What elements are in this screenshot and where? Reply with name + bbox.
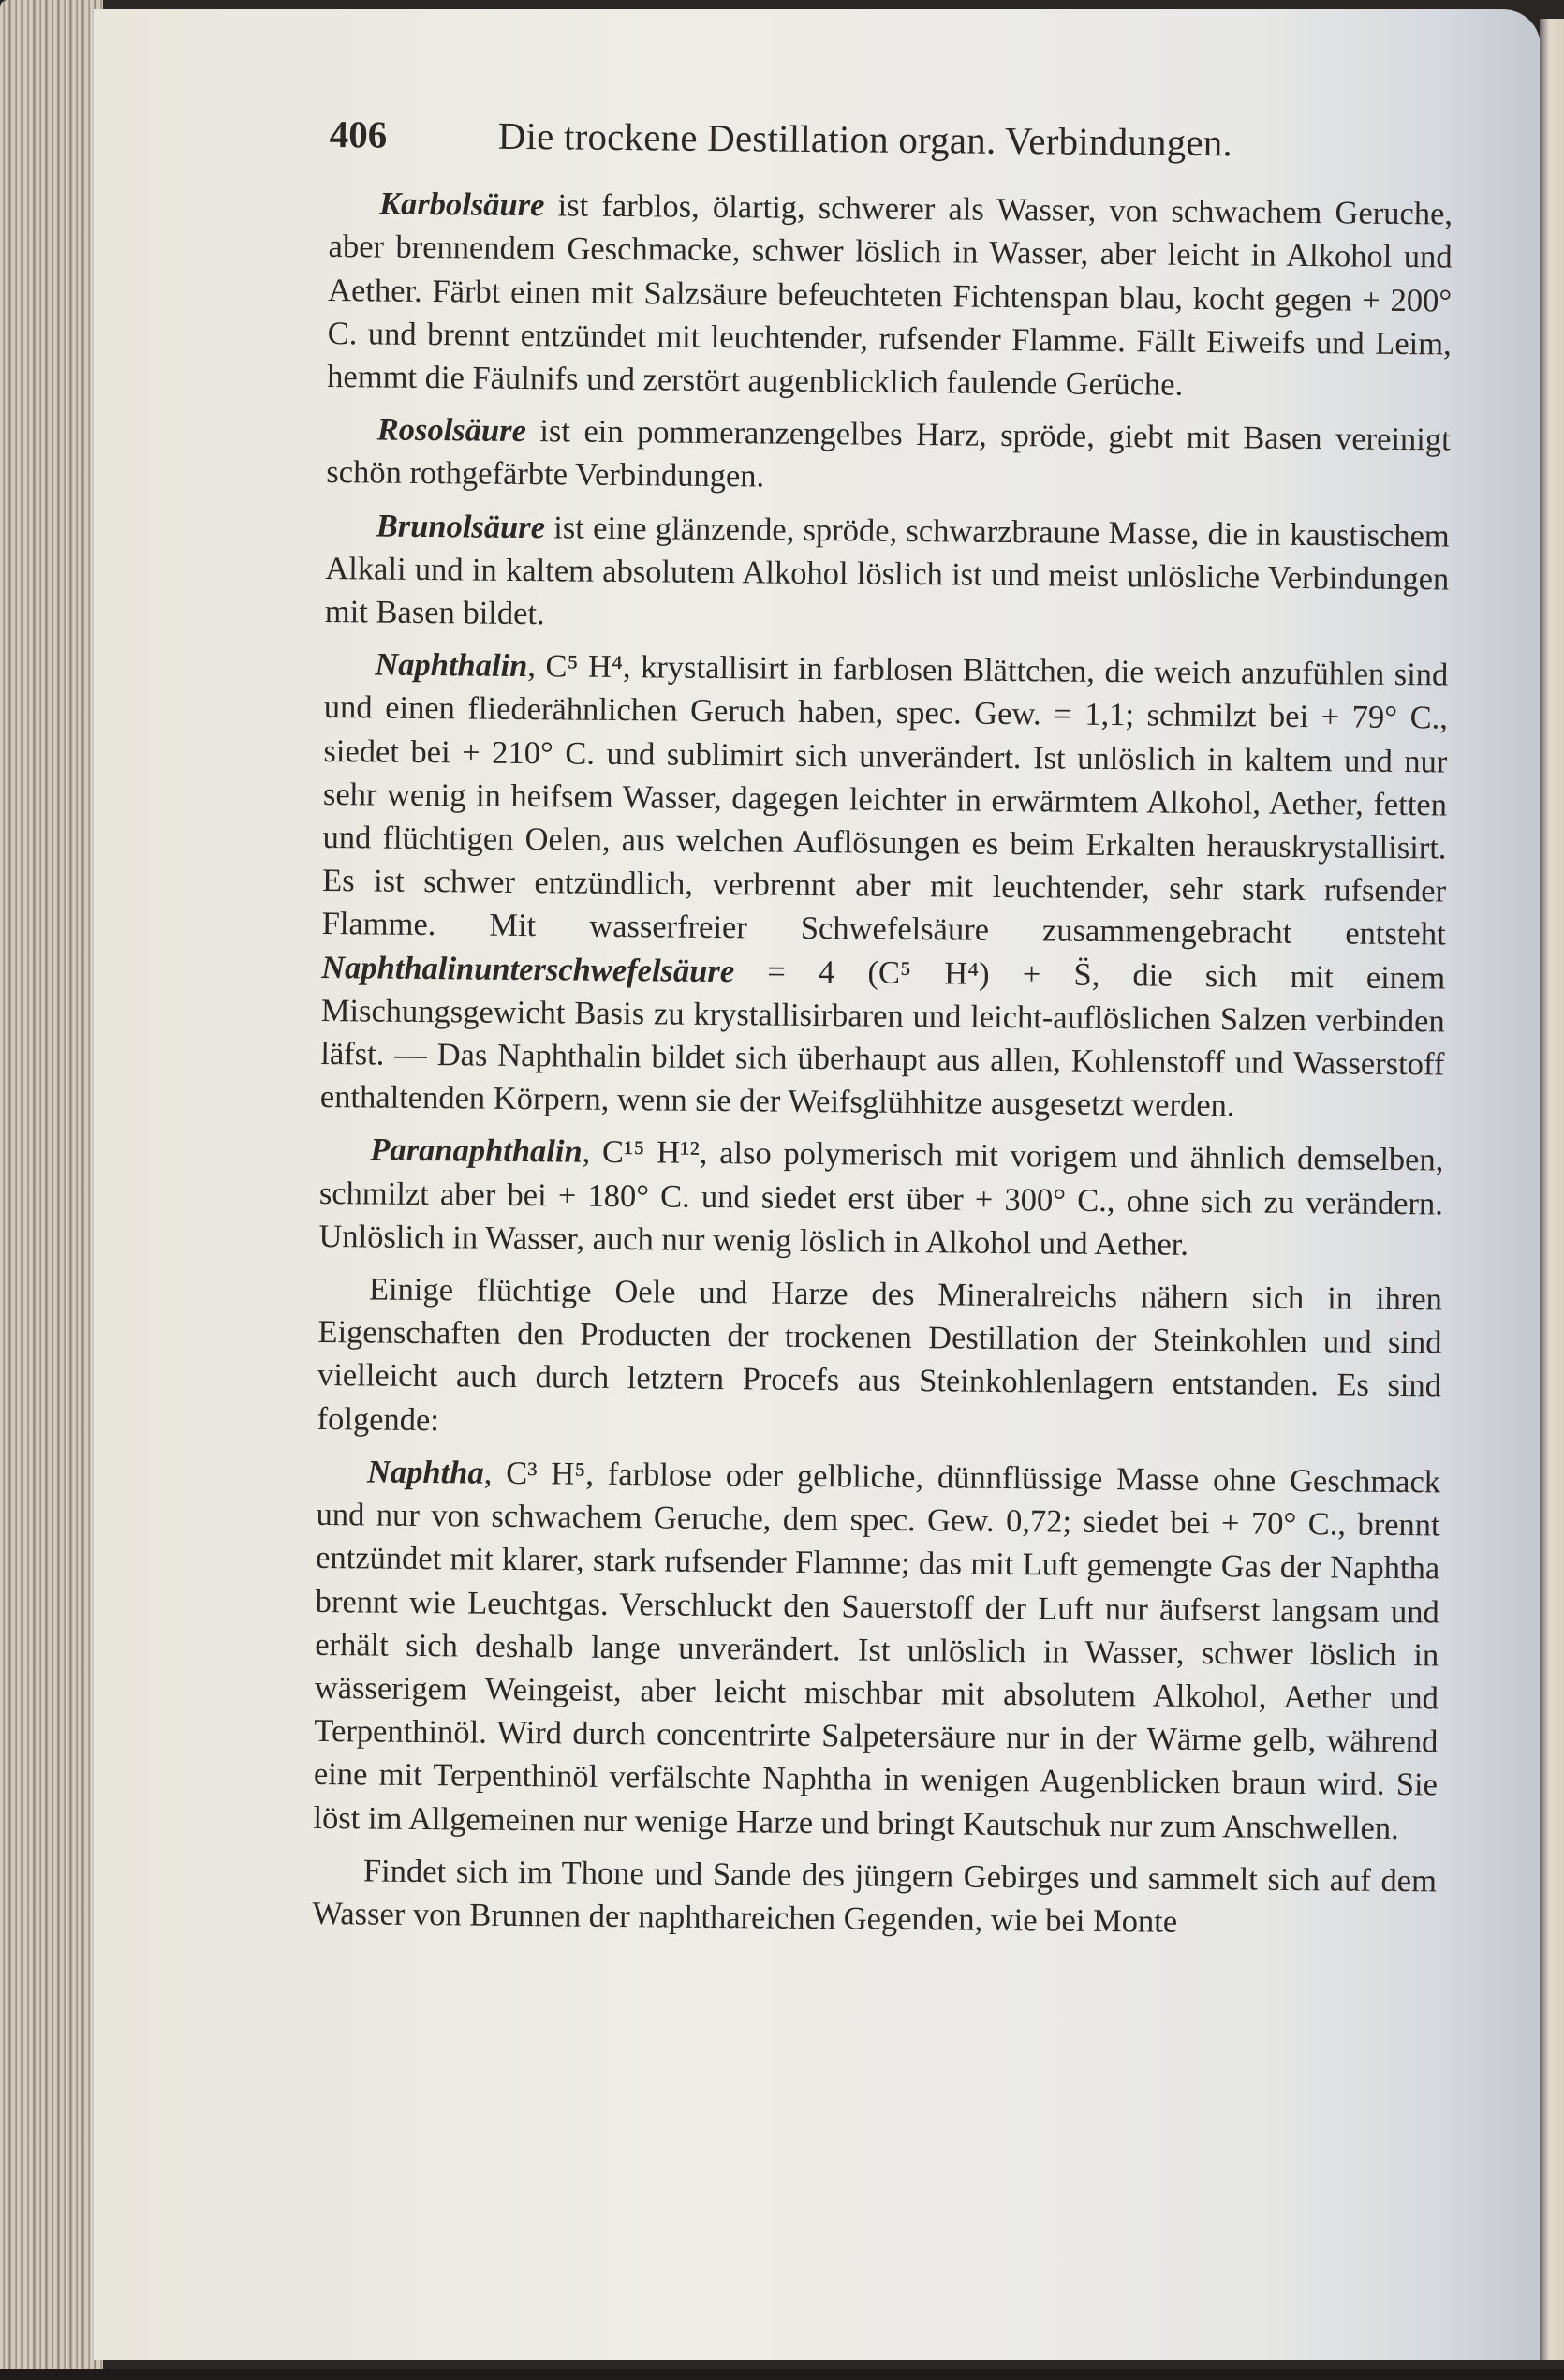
page-text: 406 Die trockene Destillation organ. Ver… bbox=[312, 112, 1453, 1956]
paragraph-brunolsaeure: Brunolsäure ist eine glänzende, spröde, … bbox=[325, 504, 1450, 644]
term: Naphthalinunterschwefelsäure bbox=[321, 950, 734, 989]
paragraph-naphthalin: Naphthalin, C⁵ H⁴, krystallisirt in farb… bbox=[320, 643, 1449, 1130]
formula: , C⁵ H⁴, bbox=[527, 648, 631, 685]
page-number: 406 bbox=[330, 112, 498, 157]
paragraph-text: Einige flüchtige Oele und Harze des Mine… bbox=[317, 1272, 1442, 1438]
facing-page-edge bbox=[1540, 19, 1564, 2360]
term: Naphtha bbox=[367, 1454, 484, 1490]
paragraph-text: Findet sich im Thone und Sande des jünge… bbox=[312, 1853, 1437, 1940]
paragraph-text: farblose oder gelbliche, dünnflüssige Ma… bbox=[313, 1456, 1440, 1846]
formula: , C¹⁵ H¹², bbox=[582, 1134, 707, 1171]
paragraph-occurrence: Findet sich im Thone und Sande des jünge… bbox=[312, 1849, 1437, 1946]
formula: , C³ H⁵, bbox=[484, 1456, 595, 1492]
term: Brunolsäure bbox=[376, 508, 546, 545]
paragraph-paranaphthalin: Paranaphthalin, C¹⁵ H¹², also polymerisc… bbox=[318, 1128, 1443, 1268]
paragraph-text: krystallisirt in farblosen Blättchen, di… bbox=[322, 649, 1449, 953]
running-head: Die trockene Destillation organ. Verbind… bbox=[498, 114, 1233, 165]
term: Naphthalin bbox=[375, 647, 527, 685]
book-page-edges bbox=[0, 0, 103, 2380]
term: Karbolsäure bbox=[379, 186, 545, 224]
scan-bottom-border bbox=[0, 2369, 1564, 2380]
paragraph-mineral-oils: Einige flüchtige Oele und Harze des Mine… bbox=[317, 1267, 1442, 1451]
term: Rosolsäure bbox=[377, 412, 526, 450]
term: Paranaphthalin bbox=[370, 1132, 583, 1170]
paragraph-rosolsaeure: Rosolsäure ist ein pommeranzengelbes Har… bbox=[326, 407, 1451, 505]
paragraph-karbolsaeure: Karbolsäure ist farblos, ölartig, schwer… bbox=[327, 182, 1453, 409]
paragraph-naphtha: Naphtha, C³ H⁵, farblose oder gelbliche,… bbox=[313, 1450, 1440, 1850]
